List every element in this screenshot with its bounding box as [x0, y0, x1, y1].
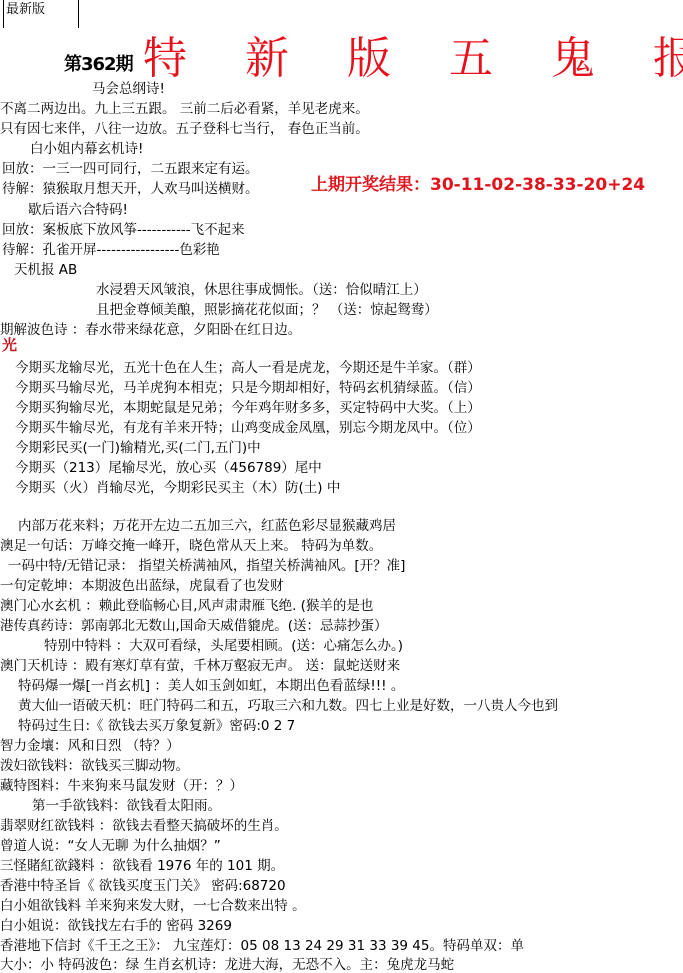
text-line: 水浸碧天风皱浪，休思往事成惆怅。（送：恰似晴江上）	[96, 281, 427, 300]
text-line: 待解：猿猴取月想天开，人欢马叫送横财。	[2, 180, 259, 199]
text-line: 澳足一句话：万峰交掩一峰开，晓色常从天上来。 特码为单数。	[0, 537, 382, 556]
text-line: 香港中特圣旨《 欲钱买度玉门关》 密码:68720	[0, 877, 286, 896]
last-draw-numbers: 30-11-02-38-33-20+24	[430, 175, 645, 195]
text-line: 智力金壤：风和日烈 （特？）	[0, 737, 180, 756]
text-line: 不离二两边出。九上三五跟。 三前二后必看紧，羊见老虎来。	[0, 100, 369, 119]
text-line: 三怪賭紅欲錢料 ：欲钱看 1976 年的 101 期。	[0, 857, 284, 876]
text-line: 特别中特料 ：大双可看绿，头尾要相顾。(送：心痛怎么办。)	[44, 637, 403, 656]
text-line: 一码中特/无错记录： 指望关桥满袖风，指望关桥满袖风。[开？准]	[8, 557, 405, 576]
text-line: 天机报 AB	[14, 261, 77, 280]
text-line: 今期买牛输尽光，有龙有羊来开特；山鸡变成金凤凰，别忘今期龙凤中。（位）	[15, 419, 481, 438]
text-line: 回放：案板底下放风筝-----------飞不起来	[2, 221, 245, 240]
text-line: 回放：一三一四可同行，二五跟来定有运。	[2, 160, 259, 179]
text-line: 今期买（213）尾输尽光，放心买（456789）尾中	[15, 459, 322, 478]
edition-label-box: 最新版	[3, 0, 79, 28]
text-line: 且把金尊倾美酿，照影摘花花似面；？ （送：惊起鸳鸯）	[96, 301, 438, 320]
text-line: 大小：小 特码波色：绿 生肖玄机诗：龙进大海，无恐不入。主：兔虎龙马蛇	[0, 956, 454, 973]
text-line: 藏特图料：牛来狗来马鼠发财（开：？）	[0, 777, 243, 796]
text-line: 歇后语六合特码!	[28, 201, 128, 220]
text-line: 白小姐说：欲钱找左右手的 密码 3269	[0, 917, 232, 936]
text-line: 今期买龙输尽光，五光十色在人生；高人一看是虎龙，今期还是牛羊家。（群）	[15, 359, 481, 378]
text-line: 泼妇欲钱料：欲钱买三脚动物。	[0, 757, 189, 776]
text-line: 只有因七来伴，八往一边放。五子登科七当行， 春色正当前。	[0, 120, 369, 139]
text-line: 香港地下信封《千王之王》： 九宝莲灯：05 08 13 24 29 31 33 …	[0, 937, 524, 956]
text-line: 期解波色诗 ：春水带来绿花意，夕阳卧在红日边。	[0, 321, 301, 340]
edition-label: 最新版	[6, 2, 45, 17]
text-line: 港传真药诗：郭南郭北无数山,国命天威借貔虎。(送：忌蒜抄蛋）	[0, 617, 388, 636]
text-line: 澳门心水玄机 ：赖此登临畅心目,风声肃肃雁飞绝. (猴羊的是也	[0, 597, 373, 616]
text-line: 今期彩民买(一门)输精光,买(二门,五门)中	[15, 439, 261, 458]
issue-number: 第362期	[64, 50, 133, 76]
text-line: 今期买（火）肖输尽光，今期彩民买主（木）防(土) 中	[15, 479, 340, 498]
text-line: 曾道人说：“女人无聊 为什么抽烟？”	[0, 837, 221, 856]
text-line: 澳门天机诗 ：殿有寒灯草有萤，千林万壑寂无声。 送：鼠蛇送财来	[0, 657, 400, 676]
last-draw-label: 上期开奖结果：	[311, 175, 430, 195]
text-line: 内部万花来料；万花开左边二五加三六，红蓝色彩尽显猴藏鸡居	[18, 517, 396, 536]
text-line: 特码爆一爆[一肖玄机] ：美人如玉剑如虹，本期出色看蓝绿!!! 。	[18, 677, 404, 696]
text-line: 特码过生日:《 欲钱去买万象复新》密码:0 2 7	[18, 717, 295, 736]
text-line: 白小姐内幕玄机诗!	[30, 140, 143, 159]
text-line: 待解：孔雀开屏-----------------色彩艳	[2, 241, 220, 260]
text-line: 翡翠财红欲钱料 ：欲钱去看整天搞破坏的生肖。	[0, 817, 288, 836]
text-line: 一句定乾坤：本期波色出蓝绿，虎鼠看了也发财	[0, 577, 284, 596]
text-line: 今期买狗输尽光，本期蛇鼠是兄弟；今年鸡年财多多，买定特码中大奖。（上）	[15, 399, 481, 418]
text-line: 黄大仙一语破天机：旺门特码二和五，巧取三六和九数。四七上业是好数，一八贵人今也到	[18, 697, 558, 716]
last-draw-result: 上期开奖结果：30-11-02-38-33-20+24	[311, 170, 645, 195]
text-line: 今期买马输尽光，马羊虎狗本相克；只是今期却相好，特码玄机猜绿蓝。（信）	[15, 379, 481, 398]
text-line: 白小姐欲钱料 羊来狗来发大财，一七合数来出特 。	[0, 897, 306, 916]
text-line: 马会总纲诗!	[92, 80, 165, 99]
page-title: 特 新 版 五 鬼 报	[143, 22, 683, 86]
text-line: 第一手欲钱料：欲钱看太阳雨。	[32, 797, 221, 816]
